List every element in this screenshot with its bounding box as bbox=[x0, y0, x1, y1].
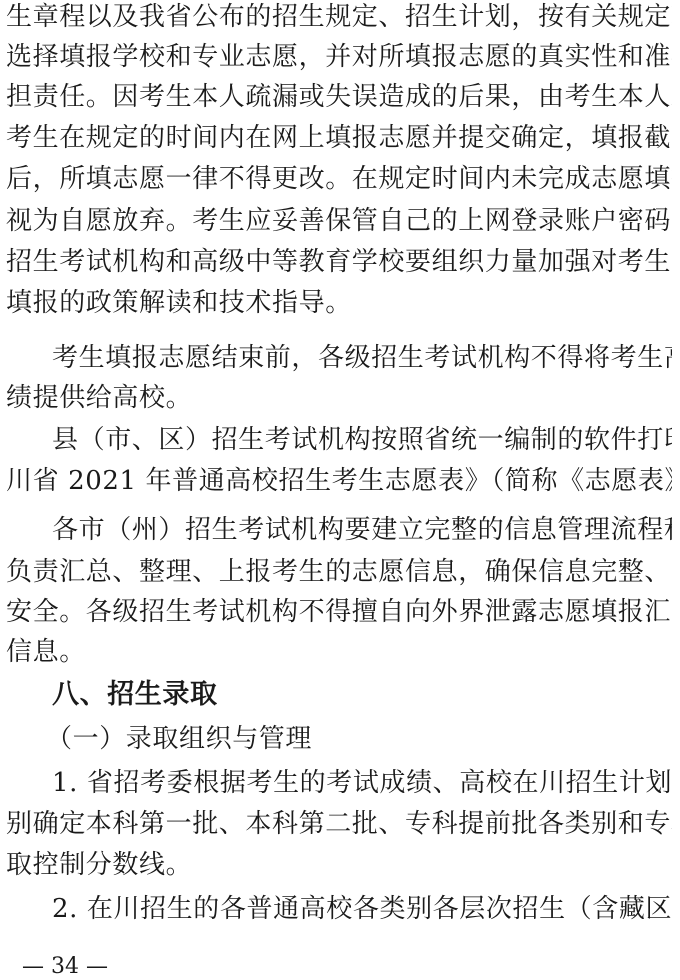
text-line: 担责任。因考生本人疏漏或失误造成的后果，由考生本人承担。 bbox=[6, 80, 672, 114]
paragraph-start: 各市（州）招生考试机构要建立完整的信息管理流程和办法， bbox=[52, 513, 672, 547]
text-line: 别确定本科第一批、本科第二批、专科提前批各类别和专科批录 bbox=[6, 807, 672, 841]
text-line: 视为自愿放弃。考生应妥善保管自己的上网登录账户密码。各级 bbox=[6, 204, 672, 238]
section-heading: 八、招生录取 bbox=[52, 678, 672, 712]
text-line: 选择填报学校和专业志愿，并对所填报志愿的真实性和准确性承 bbox=[6, 40, 672, 74]
text-line: 招生考试机构和高级中等教育学校要组织力量加强对考生志愿 bbox=[6, 245, 672, 279]
text-line: 考生在规定的时间内在网上填报志愿并提交确定，填报截止时间 bbox=[6, 121, 672, 155]
text-line: 负责汇总、整理、上报考生的志愿信息，确保信息完整、准确、 bbox=[6, 555, 672, 589]
list-item-2: 2. 在川招生的各普通高校各类别各层次招生（含藏区 bbox=[52, 892, 672, 926]
text-line: 川省 2021 年普通高校招生考生志愿表》（简称《志愿表》）。 bbox=[6, 464, 672, 498]
list-item-1: 1. 省招考委根据考生的考试成绩、高校在川招生计划，分 bbox=[52, 766, 672, 800]
page-number: — 34 — bbox=[22, 953, 108, 980]
text-line: 安全。各级招生考试机构不得擅自向外界泄露志愿填报汇总统计 bbox=[6, 595, 672, 629]
paragraph-start: 县（市、区）招生考试机构按照省统一编制的软件打印《四 bbox=[52, 423, 672, 457]
paragraph-start: 考生填报志愿结束前，各级招生考试机构不得将考生高考成 bbox=[52, 341, 672, 375]
text-line: 绩提供给高校。 bbox=[6, 381, 672, 415]
text-line: 填报的政策解读和技术指导。 bbox=[6, 286, 672, 320]
text-line: 后，所填志愿一律不得更改。在规定时间内未完成志愿填报的， bbox=[6, 162, 672, 196]
subsection-heading: （一）录取组织与管理 bbox=[46, 722, 346, 756]
text-line: 信息。 bbox=[6, 635, 672, 669]
text-line: 取控制分数线。 bbox=[6, 848, 672, 882]
text-line: 生章程以及我省公布的招生规定、招生计划，按有关规定和要求 bbox=[6, 0, 672, 34]
